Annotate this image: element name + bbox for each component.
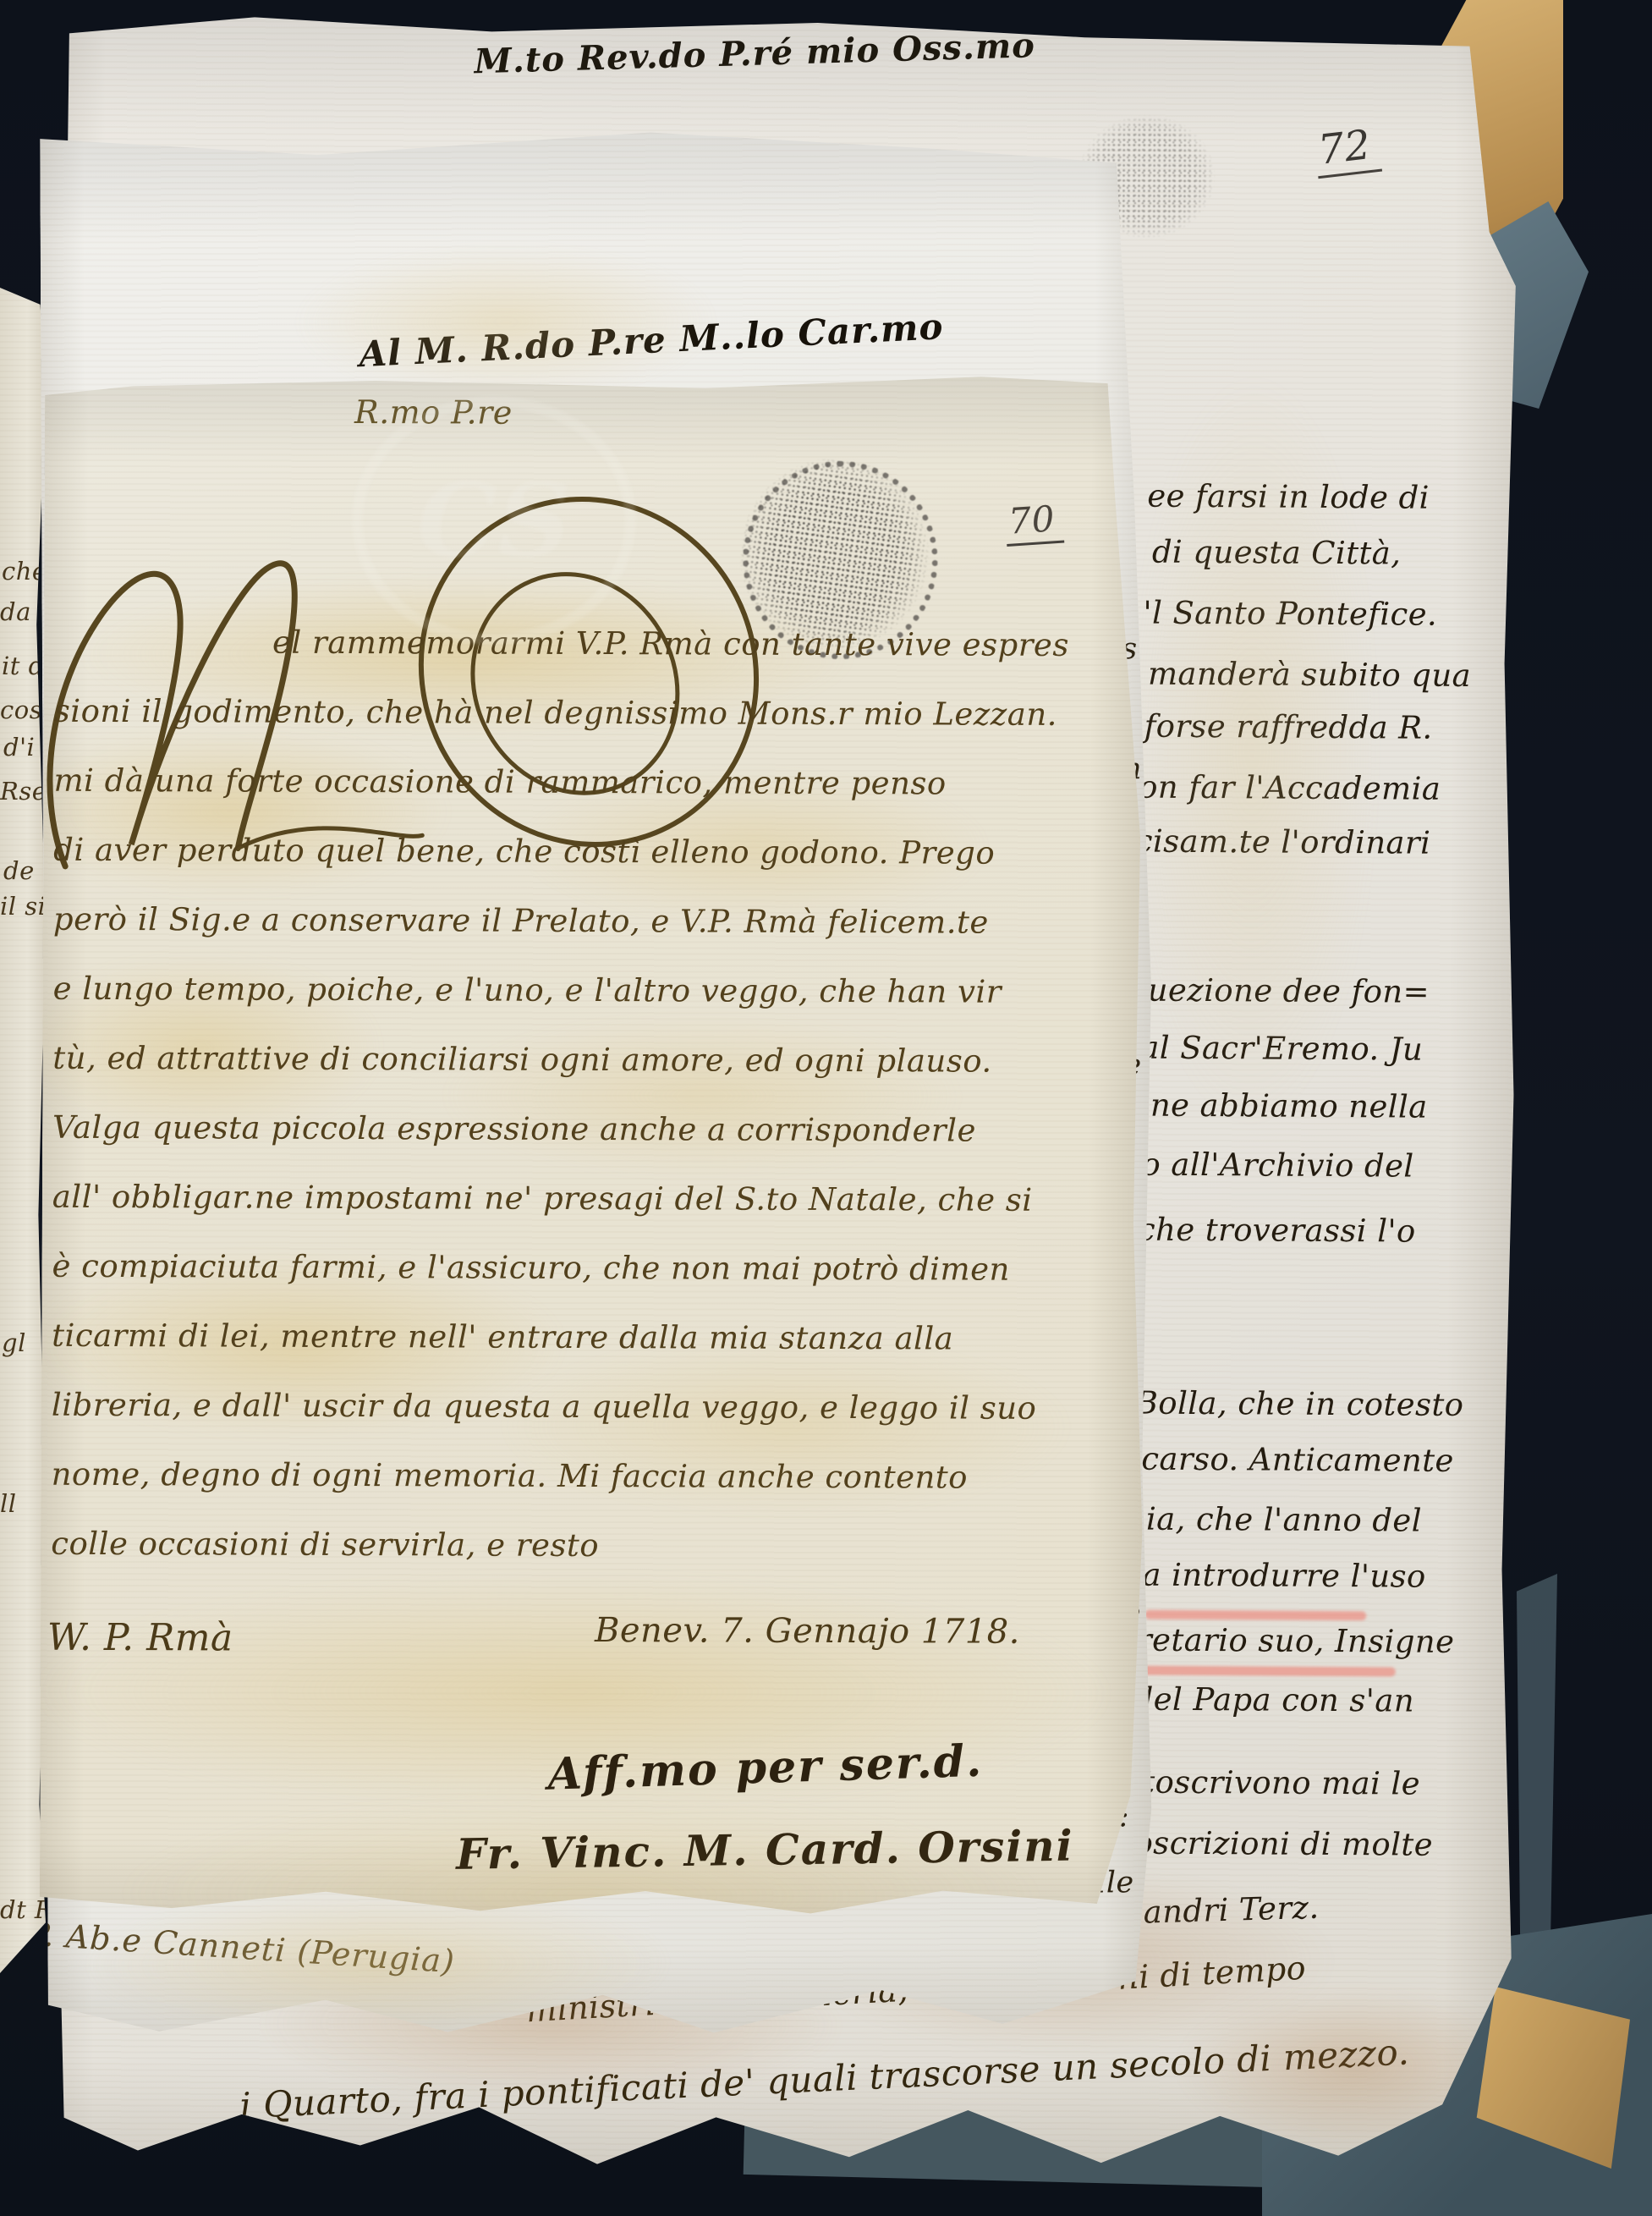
letter-line: però il Sig.e a conservare il Prelato, e… xyxy=(53,885,1068,958)
page72-line: carso. Anticamente xyxy=(1141,1441,1454,1479)
page-number-70: 70 xyxy=(1004,498,1065,547)
page72-line: ttoscrivono mai le xyxy=(1129,1764,1420,1802)
sliver-fragment: d'i xyxy=(3,733,35,762)
sliver-fragment: da rif xyxy=(0,597,46,626)
watermark-letters: CS xyxy=(417,461,571,580)
letter-line: nome, degno di ogni memoria. Mi faccia a… xyxy=(51,1440,1066,1513)
page72-line: 'l Santo Pontefice. xyxy=(1143,595,1437,633)
letter-closing: W. P. Rmà xyxy=(47,1616,233,1660)
page72-line: uezione dee fon= xyxy=(1148,972,1430,1010)
page-number-72: 72 xyxy=(1313,120,1383,179)
letter-line: mi dà una forte occasione di rammarico, … xyxy=(53,746,1068,819)
sliver-fragment: dt R xyxy=(0,1895,46,1924)
sliver-fragment: cosa xyxy=(0,696,46,724)
archivist-note-canneti: P. Ab.e Canneti (Perugia) xyxy=(40,1915,456,1980)
letter-line: sioni il godimento, che hà nel degnissim… xyxy=(54,677,1069,750)
signature-line-1: Aff.mo per ser.d. xyxy=(547,1735,984,1801)
page72-line: di questa Città, xyxy=(1152,534,1402,572)
letter-line: all' obbligar.ne impostami ne' presagi d… xyxy=(52,1163,1067,1235)
page72-line: a introdurre l'uso xyxy=(1142,1557,1425,1595)
page72-line: forse raffredda R. xyxy=(1144,708,1433,746)
page72-line: ee farsi in lode di xyxy=(1147,478,1430,516)
sliver-fragment: gl xyxy=(2,1328,26,1357)
page72-line: cisam.te l'ordinari xyxy=(1135,823,1431,861)
left-page-sliver: che il da rif it del cosa d'i Rse de il … xyxy=(0,288,46,1973)
letter-line: di aver perduto quel bene, che costì ell… xyxy=(53,816,1068,888)
page72-line: oscrizioni di molte xyxy=(1133,1825,1433,1863)
letter-line: libreria, e dall' uscir da questa a quel… xyxy=(52,1371,1067,1443)
letter-line: colle occasioni di servirla, e resto xyxy=(51,1509,1066,1582)
page72-line: che troverassi l'o xyxy=(1138,1212,1416,1250)
page72-line: Bolla, che in cotesto xyxy=(1135,1385,1464,1423)
sliver-fragment: de xyxy=(3,856,35,885)
page72-salutation-header: M.to Rev.do P.ré mio Oss.mo xyxy=(474,25,1036,81)
page72-line: del Papa con s'an xyxy=(1133,1681,1414,1719)
sliver-fragment: il si xyxy=(0,892,46,921)
letter-dateline: Benev. 7. Gennajo 1718. xyxy=(595,1611,1020,1652)
sliver-fragment: it del xyxy=(2,652,46,680)
letter-line: è compiaciuta farmi, e l'assicuro, che n… xyxy=(52,1232,1067,1305)
page72-line: o all'Archivio del xyxy=(1141,1146,1413,1185)
red-pencil-underline xyxy=(1144,1610,1366,1621)
sliver-fragment: ll xyxy=(0,1489,17,1518)
letter-line: Valga questa piccola espressione anche a… xyxy=(52,1093,1067,1166)
sliver-fragment: Rse xyxy=(0,777,46,806)
letter-line: e lungo tempo, poiche, e l'uno, e l'altr… xyxy=(52,954,1067,1027)
middle-sheet-address-header: Al M. R.do P.re M..lo Car.mo xyxy=(358,305,944,375)
page72-line: al Sacr'Eremo. Ju xyxy=(1140,1030,1423,1068)
letter-line: ticarmi di lei, mentre nell' entrare dal… xyxy=(52,1301,1067,1374)
signature-line-2: Fr. Vinc. M. Card. Orsini xyxy=(456,1821,1074,1879)
page72-bottom-line: i Quarto, fra i pontificati de' quali tr… xyxy=(239,2031,1410,2126)
page72-line: on far l'Accademia xyxy=(1139,769,1441,807)
page72-line: ia, che l'anno del xyxy=(1146,1501,1422,1539)
red-pencil-underline xyxy=(1142,1666,1396,1677)
page72-line: manderà subito qua xyxy=(1148,656,1471,694)
manuscript-photo: M.to Rev.do P.ré mio Oss.mo 72 ee farsi … xyxy=(0,0,1652,2216)
page72-line: ne abbiamo nella xyxy=(1150,1087,1428,1125)
sliver-fragment: che il xyxy=(2,557,46,586)
letter-body: el rammemorarmi V.P. Rmà con tante vive … xyxy=(51,608,1069,1582)
digitization-watermark-icon: CS xyxy=(352,396,636,645)
letter-line: tù, ed attrattive di conciliarsi ogni am… xyxy=(52,1024,1067,1097)
page72-line: retario suo, Insigne xyxy=(1137,1622,1455,1660)
